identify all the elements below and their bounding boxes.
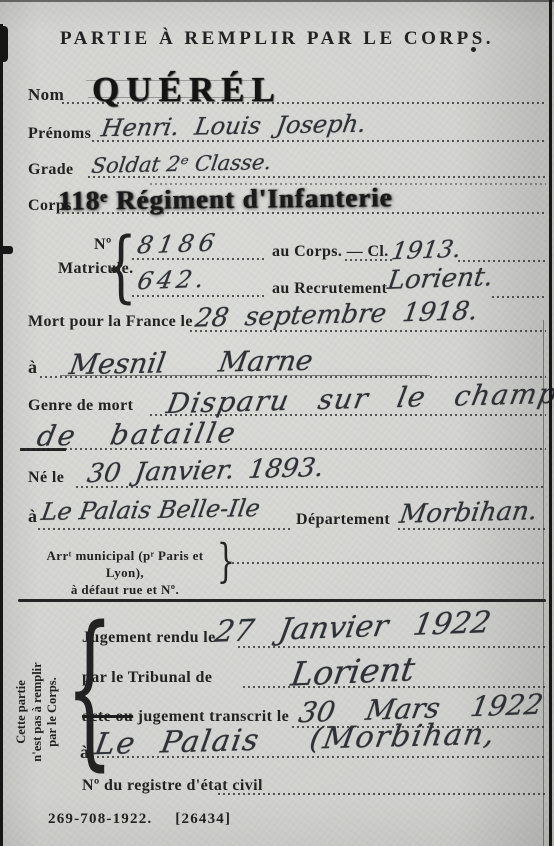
prenoms-handwriting: Henri. Louis Joseph.	[99, 110, 368, 143]
side-note-line3: par le Corps.	[45, 636, 61, 788]
field-label-prenoms: Prénoms	[28, 125, 91, 143]
dotted-line	[232, 562, 546, 564]
tribunal-label: par le Tribunal de	[82, 669, 212, 687]
scan-blob-left-top	[0, 26, 8, 62]
registre-label: Nº du registre d'état civil	[82, 777, 263, 795]
mort-date-handwriting: 28 septembre 1918.	[193, 296, 480, 333]
field-label-numero: Nº	[94, 236, 112, 254]
scan-dash-left	[0, 246, 13, 254]
scan-edge-left	[0, 24, 3, 846]
footer-reference: 269-708-1922. [26434]	[48, 811, 231, 828]
classe-handwriting: 1913.	[390, 235, 464, 265]
genre-mort-handwriting-line2: de bataille	[34, 416, 240, 452]
matricule-corps-handwriting: 8186	[135, 229, 222, 260]
departement-label: Département	[296, 511, 390, 529]
side-note-line2: n'est pas à remplir	[30, 636, 46, 788]
field-label-matricule: Matricule.	[58, 260, 134, 278]
dotted-line	[218, 793, 546, 795]
arrondissement-label-line2: à défaut rue et Nº.	[30, 582, 220, 599]
dotted-line	[458, 260, 546, 262]
mort-lieu-handwriting: Mesnil Marne	[67, 344, 315, 381]
name-stamp: QUÉRÉL	[92, 70, 282, 110]
dotted-line	[38, 528, 290, 530]
dotted-line	[492, 296, 546, 298]
field-label-ne-le: Né le	[28, 469, 64, 487]
side-note: Cette partie n'est pas à remplir par le …	[14, 636, 61, 788]
matricule-recrutement-handwriting: 642.	[135, 265, 210, 295]
field-label-grade: Grade	[28, 161, 74, 179]
footer-ref-number: 269-708-1922.	[48, 811, 152, 827]
naissance-date-handwriting: 30 Janvier. 1893.	[85, 453, 325, 489]
transcrit-lieu-label: à	[80, 742, 89, 763]
field-label-a-mort: à	[28, 357, 37, 378]
footer-bracket-number: [26434]	[175, 811, 231, 827]
naissance-lieu-handwriting: Le Palais Belle-Ile	[39, 494, 262, 526]
au-recrutement-label: au Recrutement	[272, 280, 387, 298]
field-label-a-naissance: à	[28, 506, 37, 527]
grade-handwriting: Soldat 2ᵉ Classe.	[90, 150, 273, 178]
field-label-genre: Genre de mort	[28, 397, 133, 415]
scan-speck	[471, 47, 476, 52]
arrondissement-label: Arrᵗ municipal (pʳ Paris et Lyon), à déf…	[30, 548, 220, 599]
tribunal-handwriting: Lorient	[289, 649, 418, 693]
regiment-stamp: 118ᵉ Régiment d'Infanterie	[58, 182, 393, 217]
dotted-line	[132, 295, 264, 297]
transcrit-struck-word: acte ou	[82, 708, 133, 725]
jugement-rendu-handwriting: 27 Janvier 1922	[212, 605, 494, 650]
arrondissement-label-line1: Arrᵗ municipal (pʳ Paris et Lyon),	[30, 548, 220, 582]
document-card: PARTIE À REMPLIR PAR LE CORPS. Nom QUÉRÉ…	[0, 0, 554, 846]
side-note-line1: Cette partie	[14, 636, 30, 788]
field-label-mort: Mort pour la France le	[28, 313, 193, 331]
field-label-nom: Nom	[28, 85, 64, 105]
departement-handwriting: Morbihan.	[397, 496, 539, 530]
au-corps-label: au Corps. — Cl.	[272, 243, 389, 261]
scan-line-right-inner	[543, 320, 544, 846]
jugement-rendu-label: Jugement rendu le	[82, 629, 216, 647]
scan-edge-right	[549, 0, 552, 846]
recrutement-place-handwriting: Lorient.	[386, 262, 495, 296]
scan-edge-top	[0, 0, 554, 2]
